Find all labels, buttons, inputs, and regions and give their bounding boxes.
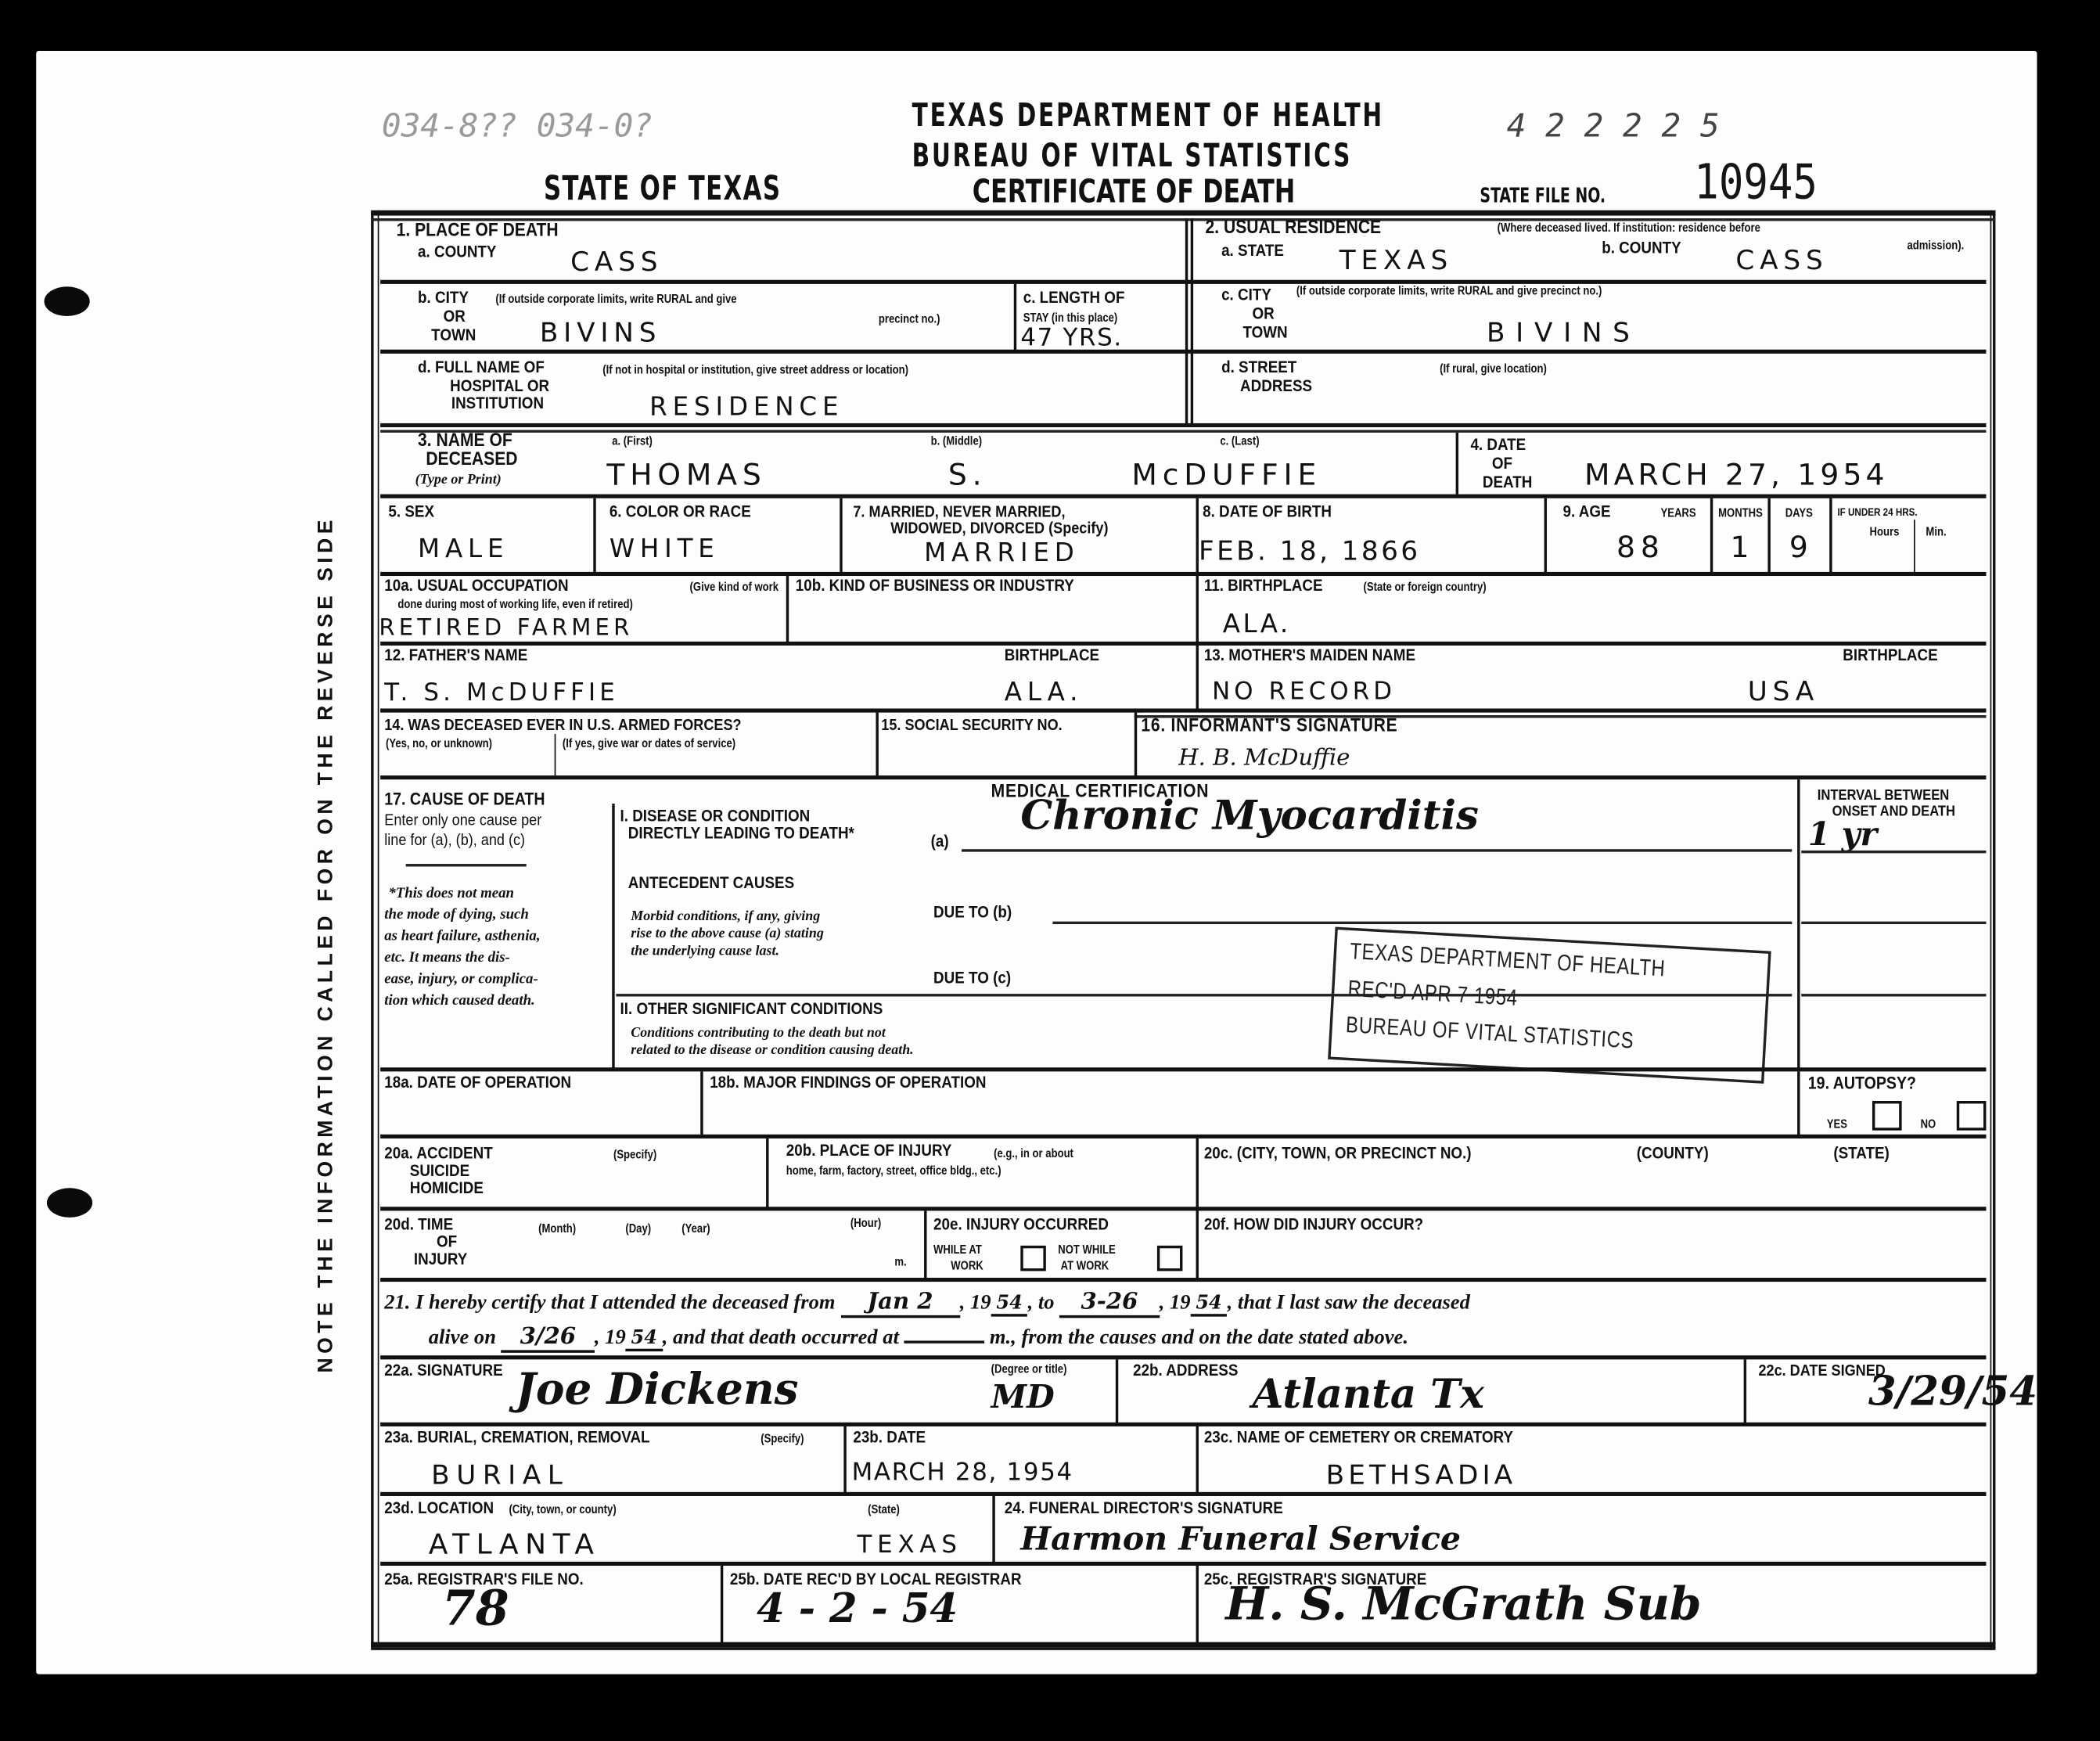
line-a-label: (a): [931, 833, 949, 851]
last-name-value: McDUFFIE: [1131, 459, 1321, 493]
state-title: STATE OF TEXAS: [544, 169, 781, 208]
residence-city-label: c. CITY: [1221, 286, 1271, 304]
race-value: WHITE: [610, 534, 720, 564]
rule: [1135, 713, 1137, 777]
injury-time-label-3: INJURY: [414, 1251, 467, 1268]
sex-label: 5. SEX: [388, 504, 434, 521]
injury-time-label-2: OF: [437, 1233, 457, 1250]
injury-month-label: (Month): [538, 1221, 576, 1235]
age-days-label: DAYS: [1785, 506, 1813, 520]
rule: [371, 1642, 1995, 1648]
rule: [1196, 646, 1199, 710]
rule: [380, 1423, 1986, 1426]
state-file-number: 10945: [1694, 156, 1818, 210]
rule: [1797, 779, 1800, 1069]
rule: [380, 708, 1144, 712]
injury-place-note: (e.g., in or about: [994, 1146, 1073, 1160]
while-at-work-label: WHILE AT: [933, 1243, 982, 1256]
informant-signature: H. B. McDuffie: [1178, 745, 1350, 772]
cert-text-5: m., from the causes and on the date stat…: [990, 1326, 1408, 1349]
rule: [1116, 1359, 1118, 1423]
rule: [380, 572, 1986, 576]
marital-value: MARRIED: [924, 538, 1080, 568]
injury-specify-label: (Specify): [613, 1148, 656, 1161]
injury-year-label: (Year): [681, 1221, 710, 1235]
cert-text-3: alive on: [429, 1326, 496, 1349]
rule: [1014, 284, 1016, 351]
rule: [1710, 498, 1713, 574]
hospital-value: RESIDENCE: [649, 393, 843, 423]
rule: [1185, 218, 1188, 426]
certification-line-1: 21. I hereby certify that I attended the…: [384, 1290, 1470, 1315]
rule: [380, 280, 1986, 284]
sex-value: MALE: [418, 534, 509, 564]
rule: [371, 211, 1995, 215]
length-of-stay-label: c. LENGTH OF: [1023, 290, 1125, 307]
mother-birthplace-label: BIRTHPLACE: [1843, 647, 1937, 664]
hospital-label-3: INSTITUTION: [451, 395, 544, 412]
pencil-note-left: 034-8?? 034-0?: [382, 107, 653, 145]
residence-city-label-or: OR: [1252, 305, 1274, 322]
father-name-value: T. S. McDUFFIE: [384, 679, 619, 707]
burial-date-value: MARCH 28, 1954: [852, 1459, 1073, 1487]
rule: [721, 1566, 723, 1643]
disposition-value: BURIAL: [431, 1459, 569, 1491]
disposition-label: 23a. BURIAL, CREMATION, REMOVAL: [384, 1429, 649, 1446]
attended-to-year: 54: [1191, 1293, 1228, 1317]
bureau-title: BUREAU OF VITAL STATISTICS: [912, 137, 1352, 174]
injury-m-label: m.: [894, 1255, 906, 1268]
rule: [1196, 1566, 1199, 1643]
injury-hour-label: (Hour): [850, 1216, 881, 1229]
state-file-label: STATE FILE NO.: [1480, 184, 1606, 208]
due-to-b-label: DUE TO (b): [933, 904, 1012, 921]
cause-note-6: tion which caused death.: [384, 991, 535, 1010]
rule: [380, 1278, 1986, 1282]
marital-label-2: WIDOWED, DIVORCED (Specify): [890, 520, 1108, 537]
stamp-line-2: REC'D APR 7 1954: [1347, 976, 1519, 1012]
place-of-death-label: 1. PLACE OF DEATH: [397, 221, 559, 238]
residence-county-label: b. COUNTY: [1602, 239, 1681, 257]
autopsy-yes-label: YES: [1827, 1117, 1847, 1131]
rule: [1801, 922, 1986, 924]
usual-residence-note-2: admission).: [1907, 239, 1964, 252]
age-years-label: YEARS: [1661, 506, 1696, 520]
injury-day-label: (Day): [625, 1221, 651, 1235]
date-signed-value: 3/29/54: [1868, 1369, 2037, 1415]
rule: [380, 1207, 1986, 1210]
burial-location-label: 23d. LOCATION: [384, 1500, 494, 1517]
mother-name-label: 13. MOTHER'S MAIDEN NAME: [1204, 647, 1415, 664]
county-label: a. COUNTY: [418, 244, 496, 261]
rule: [1744, 1359, 1746, 1423]
cert-sep-2: , 19: [1160, 1291, 1191, 1314]
rule: [1196, 1426, 1199, 1494]
race-label: 6. COLOR OR RACE: [610, 504, 751, 521]
registrar-date-value: 4 - 2 - 54: [757, 1586, 958, 1633]
rule: [380, 350, 1986, 354]
name-label: 3. NAME OF: [418, 431, 512, 448]
injury-type-label: 20a. ACCIDENT: [384, 1146, 492, 1163]
rule: [924, 1210, 926, 1279]
rule: [555, 734, 556, 777]
length-of-stay-label-2: STAY (in this place): [1023, 311, 1118, 324]
father-birthplace-value: ALA.: [1005, 678, 1084, 707]
antecedent-note-1: Morbid conditions, if any, giving: [631, 909, 820, 926]
rule: [380, 642, 1986, 646]
cause-a-value: Chronic Myocarditis: [1020, 793, 1479, 840]
rule: [1797, 1071, 1800, 1135]
rule: [380, 430, 1986, 432]
part2-note-2: related to the disease or condition caus…: [631, 1043, 913, 1059]
city-note-2: precinct no.): [879, 312, 940, 326]
birthplace-value: ALA.: [1223, 610, 1291, 639]
rule: [380, 1135, 1986, 1138]
rule: [380, 1067, 1986, 1071]
punch-hole-icon: [47, 1188, 92, 1218]
age-years-value: 88: [1616, 532, 1665, 566]
document-title: CERTIFICATE OF DEATH: [973, 173, 1296, 210]
hours-label: Hours: [1870, 525, 1900, 538]
antecedent-label: ANTECEDENT CAUSES: [628, 875, 794, 892]
rule: [1191, 218, 1193, 426]
hospital-label: d. FULL NAME OF: [418, 359, 545, 376]
injury-type-label-3: HOMICIDE: [410, 1180, 484, 1197]
cause-note-3: as heart failure, asthenia,: [384, 926, 540, 945]
degree-label: (Degree or title): [991, 1362, 1067, 1376]
due-to-c-label: DUE TO (c): [933, 969, 1011, 987]
part2-label: II. OTHER SIGNIFICANT CONDITIONS: [620, 1001, 883, 1018]
city-note: (If outside corporate limits, write RURA…: [495, 292, 736, 305]
name-label-2: DECEASED: [426, 450, 517, 467]
burial-location-value: ATLANTA: [429, 1528, 601, 1560]
rule: [992, 1496, 994, 1563]
physician-address: Atlanta Tx: [1252, 1372, 1483, 1419]
rule: [380, 423, 1986, 427]
injury-type-label-2: SUICIDE: [410, 1163, 469, 1180]
antecedent-note-3: the underlying cause last.: [631, 944, 779, 961]
date-of-birth-value: FEB. 18, 1866: [1199, 534, 1421, 567]
occupation-label: 10a. USUAL OCCUPATION: [384, 577, 568, 595]
injury-occurred-label: 20e. INJURY OCCURRED: [933, 1216, 1109, 1233]
occupation-note: (Give kind of work: [690, 580, 779, 593]
not-at-work-label: NOT WHILE: [1058, 1243, 1115, 1256]
cemetery-label: 23c. NAME OF CEMETERY OR CREMATORY: [1204, 1429, 1513, 1446]
department-title: TEXAS DEPARTMENT OF HEALTH: [912, 96, 1384, 134]
while-at-work-checkbox[interactable]: [1020, 1246, 1046, 1272]
rule: [786, 576, 789, 643]
mother-birthplace-value: USA: [1748, 675, 1819, 707]
interval-label: INTERVAL BETWEEN: [1818, 787, 1949, 804]
middle-name-value: S.: [948, 459, 987, 493]
injury-city-label: 20c. (CITY, TOWN, OR PRECINCT NO.): [1204, 1146, 1472, 1163]
birthplace-note: (State or foreign country): [1364, 580, 1487, 593]
attended-from-year: 54: [991, 1293, 1028, 1317]
physician-signature-label: 22a. SIGNATURE: [384, 1362, 502, 1379]
rule: [962, 849, 1792, 851]
operation-date-label: 18a. DATE OF OPERATION: [384, 1074, 571, 1092]
social-security-label: 15. SOCIAL SECURITY NO.: [881, 717, 1062, 734]
stamp-line-3: BUREAU OF VITAL STATISTICS: [1345, 1012, 1634, 1055]
city-label-town: TOWN: [431, 327, 476, 344]
part1-label-2: DIRECTLY LEADING TO DEATH*: [628, 825, 854, 842]
residence-state-label: a. STATE: [1221, 243, 1284, 260]
rule: [1052, 922, 1792, 924]
street-note: (If rural, give location): [1440, 362, 1547, 375]
rule: [1135, 708, 1987, 712]
injury-county-label: (COUNTY): [1637, 1146, 1709, 1163]
rule: [843, 1426, 846, 1494]
date-of-death-label: 4. DATE: [1470, 437, 1526, 454]
rule: [876, 713, 878, 777]
burial-state-value: TEXAS: [857, 1531, 962, 1559]
received-stamp: TEXAS DEPARTMENT OF HEALTH REC'D APR 7 1…: [1328, 926, 1771, 1083]
age-label: 9. AGE: [1563, 504, 1611, 521]
rule: [840, 498, 842, 574]
mother-name-value: NO RECORD: [1212, 678, 1396, 706]
scan-background: NOTE THE INFORMATION CALLED FOR ON THE R…: [0, 0, 2100, 1741]
injury-state-label: (STATE): [1833, 1146, 1889, 1163]
stamp-line-1: TEXAS DEPARTMENT OF HEALTH: [1349, 938, 1666, 983]
date-of-birth-label: 8. DATE OF BIRTH: [1203, 504, 1332, 521]
attended-to-date: 3-26: [1059, 1289, 1160, 1318]
length-of-stay-value: 47 YRS.: [1020, 324, 1123, 352]
rule: [593, 498, 595, 574]
cause-note-4: etc. It means the dis-: [384, 948, 510, 967]
occupation-note-2: done during most of working life, even i…: [397, 597, 632, 610]
rule: [1801, 851, 1986, 853]
residence-city-value: BIVINS: [1487, 316, 1641, 348]
street-label: d. STREET: [1221, 359, 1296, 376]
death-county-value: CASS: [570, 245, 663, 277]
rule: [1829, 498, 1832, 574]
cause-instruction-2: line for (a), (b), and (c): [384, 832, 525, 849]
physician-address-label: 22b. ADDRESS: [1133, 1362, 1238, 1379]
funeral-director-label: 24. FUNERAL DIRECTOR'S SIGNATURE: [1005, 1500, 1283, 1517]
rule: [1801, 994, 1986, 996]
burial-location-note: (City, town, or county): [509, 1503, 616, 1516]
certification-line-2: alive on 3/26, 1954, and that death occu…: [429, 1325, 1408, 1351]
cert-to: , to: [1028, 1291, 1055, 1314]
rule: [1767, 498, 1770, 574]
rule: [1456, 433, 1458, 495]
armed-forces-note-a: (Yes, no, or unknown): [386, 736, 492, 750]
rule: [380, 1492, 1986, 1496]
date-of-death-label-3: DEATH: [1483, 474, 1532, 491]
residence-city-note: (If outside corporate limits, write RURA…: [1296, 284, 1602, 297]
cause-note-2: the mode of dying, such: [384, 905, 529, 924]
degree-value: MD: [991, 1377, 1055, 1416]
armed-forces-label: 14. WAS DECEASED EVER IN U.S. ARMED FORC…: [384, 717, 741, 734]
age-months-value: 1: [1731, 532, 1755, 566]
autopsy-no-checkbox[interactable]: [1957, 1101, 1987, 1131]
death-city-value: BIVINS: [540, 316, 662, 348]
father-name-label: 12. FATHER'S NAME: [384, 647, 527, 664]
last-seen-date: 3/26: [502, 1323, 595, 1353]
not-at-work-label-2: AT WORK: [1061, 1259, 1109, 1272]
usual-residence-note: (Where deceased lived. If institution: r…: [1498, 221, 1760, 234]
cause-of-death-label: 17. CAUSE OF DEATH: [384, 790, 545, 808]
informant-signature-label: 16. INFORMANT'S SIGNATURE: [1141, 717, 1397, 734]
min-label: Min.: [1926, 525, 1946, 538]
residence-state-value: TEXAS: [1339, 244, 1453, 276]
funeral-director-signature: Harmon Funeral Service: [1020, 1519, 1461, 1558]
date-signed-label: 22c. DATE SIGNED: [1758, 1362, 1885, 1379]
cause-note-5: ease, injury, or complica-: [384, 969, 538, 988]
rule: [700, 1071, 703, 1135]
attended-from-date: Jan 2: [840, 1289, 960, 1318]
punch-hole-icon: [44, 286, 89, 316]
rule: [766, 1138, 768, 1208]
usual-residence-label: 2. USUAL RESIDENCE: [1206, 218, 1382, 236]
cause-instruction-1: Enter only one cause per: [384, 811, 541, 829]
last-name-label: c. (Last): [1220, 434, 1259, 448]
physician-signature: Joe Dickens: [516, 1364, 798, 1415]
registrar-file-value: 78: [442, 1581, 509, 1637]
part1-label: I. DISEASE OR CONDITION: [620, 808, 811, 825]
antecedent-note-2: rise to the above cause (a) stating: [631, 926, 824, 943]
occupation-value: RETIRED FARMER: [379, 615, 633, 642]
cause-note-1: *This does not mean: [388, 884, 514, 903]
cert-sep-1: , 19: [960, 1291, 991, 1314]
cemetery-value: BETHSADIA: [1326, 1459, 1517, 1491]
injury-place-note-2: home, farm, factory, street, office bldg…: [786, 1164, 1001, 1177]
first-name-value: THOMAS: [606, 459, 766, 493]
cert-text-2: , that I last saw the deceased: [1228, 1291, 1470, 1314]
interval-a-value: 1 yr: [1808, 815, 1877, 854]
first-name-label: a. (First): [612, 434, 653, 448]
rule: [1544, 498, 1547, 574]
registrar-signature: H. S. McGrath Sub: [1225, 1577, 1701, 1631]
hospital-label-2: HOSPITAL OR: [450, 378, 549, 395]
city-label: b. CITY: [418, 290, 469, 307]
armed-forces-note-b: (If yes, give war or dates of service): [563, 736, 735, 750]
date-of-death-value: MARCH 27, 1954: [1584, 459, 1889, 493]
rule: [406, 864, 527, 866]
street-label-2: ADDRESS: [1240, 378, 1312, 395]
death-time-value: [904, 1340, 985, 1343]
city-label-or: OR: [444, 308, 466, 326]
side-note: NOTE THE INFORMATION CALLED FOR ON THE R…: [315, 516, 339, 1372]
hospital-note: (If not in hospital or institution, give…: [602, 363, 908, 376]
burial-date-label: 23b. DATE: [853, 1429, 926, 1446]
how-injury-label: 20f. HOW DID INJURY OCCUR?: [1204, 1216, 1423, 1233]
operation-findings-label: 18b. MAJOR FINDINGS OF OPERATION: [710, 1074, 986, 1092]
injury-place-label: 20b. PLACE OF INJURY: [786, 1142, 952, 1160]
name-label-3: (Type or Print): [415, 472, 502, 491]
middle-name-label: b. (Middle): [931, 434, 982, 448]
residence-city-label-town: TOWN: [1242, 324, 1287, 341]
not-at-work-checkbox[interactable]: [1157, 1246, 1183, 1272]
cert-sep-3: , 19: [595, 1326, 626, 1349]
disposition-note: (Specify): [761, 1432, 804, 1445]
autopsy-no-label: NO: [1921, 1117, 1936, 1131]
autopsy-label: 19. AUTOPSY?: [1808, 1074, 1916, 1092]
burial-state-label: (State): [868, 1503, 900, 1516]
last-seen-year: 54: [626, 1327, 663, 1351]
under-24-label: IF UNDER 24 HRS.: [1837, 506, 1917, 520]
industry-label: 10b. KIND OF BUSINESS OR INDUSTRY: [796, 577, 1074, 595]
age-months-label: MONTHS: [1718, 506, 1763, 520]
autopsy-yes-checkbox[interactable]: [1872, 1101, 1902, 1131]
injury-time-label: 20d. TIME: [384, 1216, 453, 1233]
rule: [380, 1562, 1986, 1566]
age-days-value: 9: [1789, 532, 1814, 566]
cert-text-4: , and that death occurred at: [663, 1326, 899, 1349]
while-at-work-label-2: WORK: [951, 1259, 983, 1272]
rule: [1196, 576, 1199, 643]
birthplace-label: 11. BIRTHPLACE: [1204, 577, 1323, 595]
rule: [1914, 520, 1915, 573]
cert-text-1: 21. I hereby certify that I attended the…: [384, 1291, 835, 1314]
rule: [612, 804, 614, 1069]
father-birthplace-label: BIRTHPLACE: [1005, 647, 1099, 664]
date-of-death-label-2: OF: [1492, 455, 1512, 473]
rule: [380, 495, 1986, 498]
pencil-note-right: 4 2 2 2 2 5: [1507, 107, 1720, 145]
part2-note-1: Conditions contributing to the death but…: [631, 1026, 886, 1042]
residence-county-value: CASS: [1735, 244, 1828, 276]
